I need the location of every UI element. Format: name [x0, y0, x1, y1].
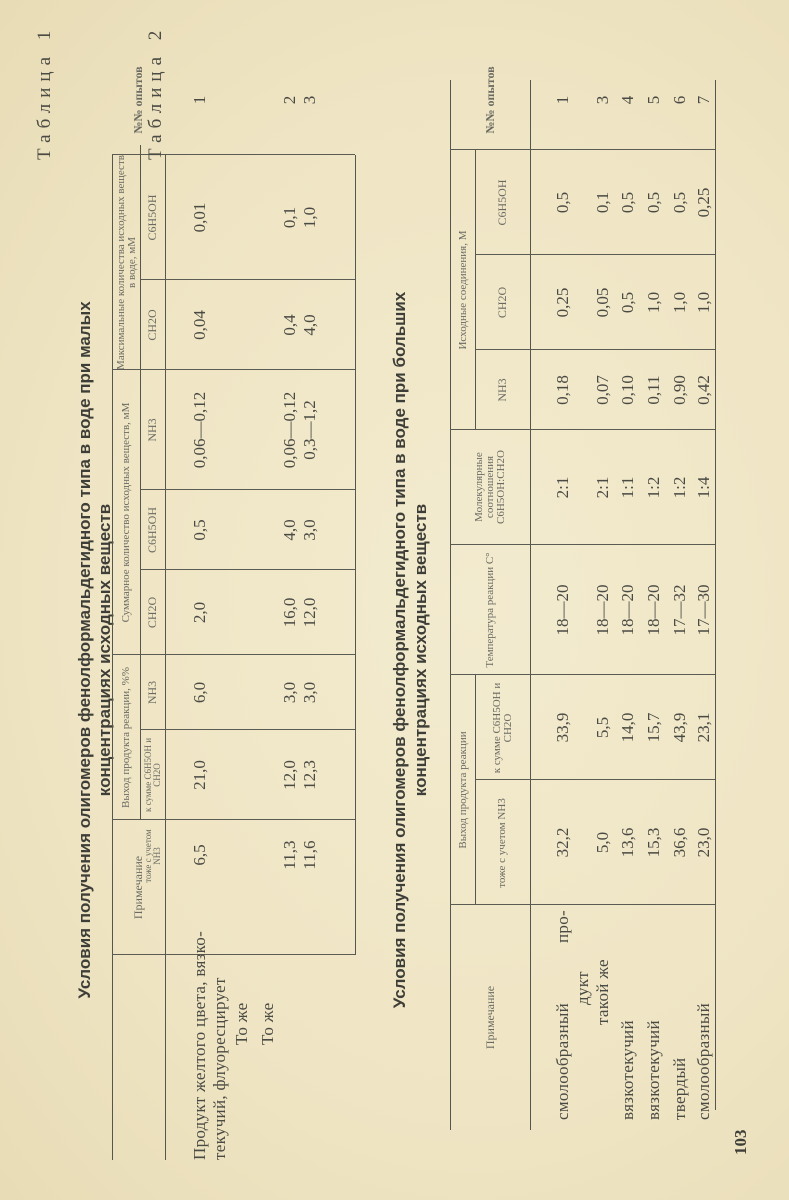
- table2-cell: 0,42: [694, 350, 714, 430]
- table1-header-max-ch2o: CH2O: [140, 280, 165, 370]
- table1-cell: 12,0: [280, 730, 300, 820]
- table2-cell: 5,0: [593, 780, 613, 905]
- table1-cell: 0,5: [190, 490, 210, 570]
- table2-header-yield-sum: к сумме C6H5OH и CH2O: [475, 678, 530, 778]
- scanned-page: Таблица 1 Условия получения олигомеров ф…: [0, 0, 789, 1200]
- table1-cell: 21,0: [190, 730, 210, 820]
- table2-cell: 23,0: [694, 780, 714, 905]
- table1-vrule: [140, 569, 355, 570]
- table2-header-num: №№ опытов: [450, 50, 530, 150]
- table1-header-yield-nh3: тоже с учетом NH3: [140, 822, 165, 890]
- table2-header-nh3: NH3: [475, 350, 530, 430]
- table2-cell: 0,07: [593, 350, 613, 430]
- table2-cell: 1:2: [644, 430, 664, 545]
- table2-cell: 0,05: [593, 255, 613, 350]
- table1-bottom-rule: [355, 155, 356, 955]
- table1-cell: 3,0: [300, 655, 320, 730]
- table1-cell: 4,0: [300, 280, 320, 370]
- table1-vrule: [140, 729, 355, 730]
- table1-cell: 16,0: [280, 570, 300, 655]
- table2-cell: 18—20: [593, 545, 613, 675]
- table1-cell: 0,4: [280, 280, 300, 370]
- table2-header-yield-group: Выход продукта реакции: [451, 675, 475, 905]
- table2-cell: 1:2: [670, 430, 690, 545]
- table2-cell: 0,5: [670, 150, 690, 255]
- table2-cell: 2:1: [553, 430, 573, 545]
- table2-cell: 15,3: [644, 780, 664, 905]
- table2-cell: 23,1: [694, 675, 714, 780]
- table1-header-sum-nh3: NH3: [140, 655, 165, 730]
- table1-title-line1: Условия получения олигомеров фенолформал…: [75, 220, 95, 1080]
- table2-label: Таблица 2: [145, 25, 167, 160]
- table2-title-line2: концентрациях исходных веществ: [411, 220, 431, 1080]
- table1-header-sum-group: Суммарное количество исходных веществ, м…: [113, 370, 140, 655]
- table2-cell: 33,9: [553, 675, 573, 780]
- table2-cell: 1,0: [644, 255, 664, 350]
- table2-header-molar: Молекулярные соотношения C6H5OH:CH2O: [452, 432, 528, 542]
- table1-cell: 6,0: [190, 655, 210, 730]
- page-number: 103: [731, 1130, 751, 1156]
- table1-cell: 0,1: [280, 155, 300, 280]
- table2-cell-note: вязкотекучий: [644, 1020, 664, 1120]
- table1-cell-num: 3: [300, 45, 320, 155]
- table1-header-max-c6h5oh: C6H5OH: [140, 155, 165, 280]
- table2-cell-num: 1: [553, 50, 573, 150]
- table2-cell: 0,5: [618, 150, 638, 255]
- table2-cell: 17—30: [694, 545, 714, 675]
- table2-cell: 0,5: [618, 255, 638, 350]
- table1-cell: 6,5: [190, 820, 210, 890]
- table2-cell-note: смолообразный про-: [553, 910, 573, 1120]
- table1-header-sum-c6h5oh: C6H5OH: [140, 490, 165, 570]
- table2-cell: 32,2: [553, 780, 573, 905]
- table2-cell-note: смолообразный: [694, 1003, 714, 1120]
- table2-cell: 0,25: [553, 255, 573, 350]
- table2-cell-note: вязкотекучий: [618, 1020, 638, 1120]
- table1-header-yield-sum: к сумме C6H5OH и CH2O: [140, 732, 165, 818]
- table1-cell-num: 2: [280, 45, 300, 155]
- table2-cell: 0,1: [593, 150, 613, 255]
- table2-cell: 0,25: [694, 150, 714, 255]
- table1-cell-num: 1: [190, 45, 210, 155]
- table2-cell: 18—20: [553, 545, 573, 675]
- table2-cell: 0,11: [644, 350, 664, 430]
- table2-cell: 0,5: [553, 150, 573, 255]
- table2-cell: 36,6: [670, 780, 690, 905]
- table2-header-c6h5oh: C6H5OH: [475, 150, 530, 255]
- table1-label: Таблица 1: [34, 25, 56, 160]
- table1-header-max-group: Максимальные количества исходных веществ…: [113, 155, 140, 370]
- table2-cell-num: 6: [670, 50, 690, 150]
- table1-cell: 0,3—1,2: [300, 370, 320, 490]
- table2-cell: 0,18: [553, 350, 573, 430]
- table2-cell: 0,10: [618, 350, 638, 430]
- table2-header-ch2o: CH2O: [475, 255, 530, 350]
- table2-cell: 1:4: [694, 430, 714, 545]
- table2-cell: 43,9: [670, 675, 690, 780]
- table1-header-sum-ch2o: CH2O: [140, 570, 165, 655]
- table1-cell: 12,0: [300, 570, 320, 655]
- table2-cell: 18—20: [644, 545, 664, 675]
- table2-header-note: Примечание: [450, 905, 530, 1130]
- table2-header-source-group: Исходные соединения, М: [451, 150, 475, 430]
- table1-cell: 0,06—0,12: [280, 370, 300, 490]
- table1-cell: 11,6: [300, 820, 320, 890]
- table1-cell: 0,01: [190, 155, 210, 280]
- table2-cell: 18—20: [618, 545, 638, 675]
- table1-cell: 3,0: [280, 655, 300, 730]
- table2-cell: 14,0: [618, 675, 638, 780]
- table2-header-yield-nh3: тоже с учетом NH3: [475, 783, 530, 903]
- table1-cell-note: текучий, флуоресцирует: [210, 977, 230, 1160]
- table1-vrule: [140, 279, 355, 280]
- table2-cell-note: дукт: [573, 971, 593, 1005]
- table1-cell: 0,06—0,12: [190, 370, 210, 490]
- table2-cell-num: 4: [618, 50, 638, 150]
- table2-header-temp: Температура реакции C°: [452, 548, 528, 672]
- table1-cell-note: То же: [258, 1003, 278, 1045]
- table2-header-rule: [530, 80, 531, 1130]
- table1-cell-note: То же: [232, 1003, 252, 1045]
- table1-header-max-nh3: NH3: [140, 370, 165, 490]
- table1-vrule: [140, 489, 355, 490]
- table2-cell: 0,90: [670, 350, 690, 430]
- table2-title-line1: Условия получения олигомеров фенолформал…: [390, 220, 410, 1080]
- table2-cell: 1,0: [670, 255, 690, 350]
- table2-cell-note: твердый: [670, 1058, 690, 1120]
- table2-bottom-rule: [715, 80, 716, 1110]
- table2-cell: 13,6: [618, 780, 638, 905]
- table1-cell: 12,3: [300, 730, 320, 820]
- table2-cell-num: 3: [593, 50, 613, 150]
- table1-header-rule: [165, 155, 166, 1160]
- table1-cell-note: Продукт желтого цвета, вязко-: [190, 931, 210, 1160]
- table2-cell: 17—32: [670, 545, 690, 675]
- table1-cell: 11,3: [280, 820, 300, 890]
- table1-header-yield-group: Выход продукта реакции, %%: [113, 655, 140, 820]
- table2-cell: 1,0: [694, 255, 714, 350]
- table2-cell: 15,7: [644, 675, 664, 780]
- table2-cell: 5,5: [593, 675, 613, 780]
- table1-cell: 0,04: [190, 280, 210, 370]
- table2-cell: 1:1: [618, 430, 638, 545]
- rotated-page-content: Таблица 1 Условия получения олигомеров ф…: [0, 0, 789, 1200]
- table2-cell: 2:1: [593, 430, 613, 545]
- table2-cell-note: такой же: [593, 959, 613, 1025]
- table1-cell: 1,0: [300, 155, 320, 280]
- table2-cell-num: 5: [644, 50, 664, 150]
- table1-cell: 3,0: [300, 490, 320, 570]
- table2-cell-num: 7: [694, 50, 714, 150]
- table1-cell: 2,0: [190, 570, 210, 655]
- table2-cell: 0,5: [644, 150, 664, 255]
- table1-cell: 4,0: [280, 490, 300, 570]
